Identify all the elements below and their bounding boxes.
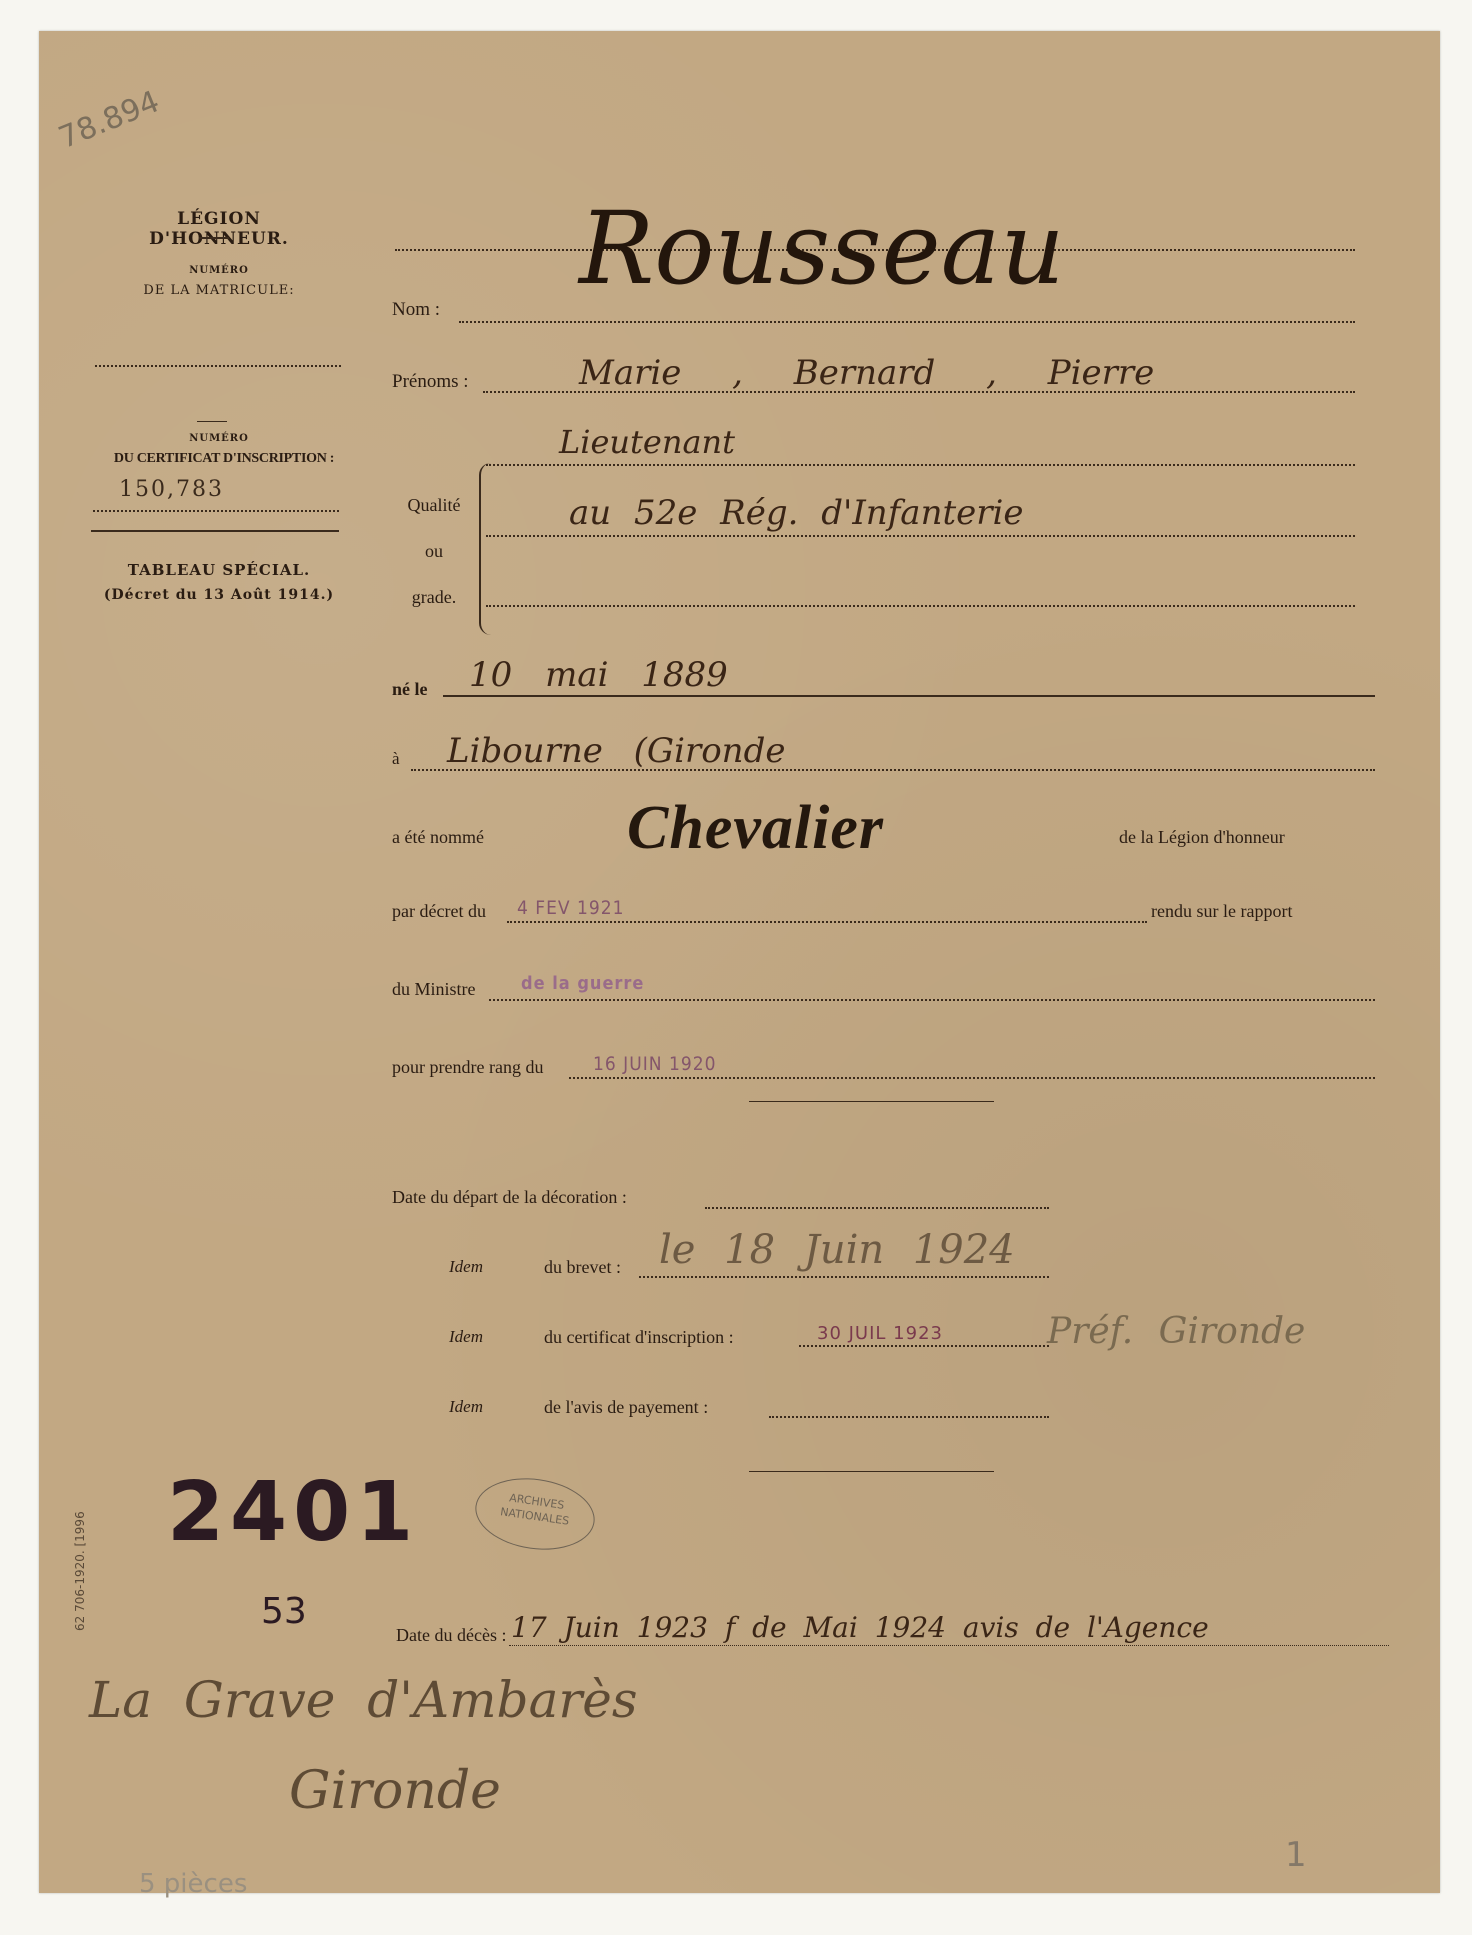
nom-label: Nom : xyxy=(392,299,440,321)
prenoms-label: Prénoms : xyxy=(392,371,469,393)
sub-number: 53 xyxy=(261,1591,307,1632)
nomme-label: a été nommé xyxy=(392,827,484,848)
tableau-decree: (Décret du 13 Août 1914.) xyxy=(89,587,349,603)
rang-stamp: 16 JUIN 1920 xyxy=(593,1053,716,1075)
brevet-label: du brevet : xyxy=(544,1257,621,1278)
qualite-value-2: au 52e Rég. d'Infanterie xyxy=(569,493,1024,533)
certificat-inscription-field xyxy=(799,1345,1049,1347)
nom-value: Rousseau xyxy=(579,199,1065,299)
a-field xyxy=(411,769,1375,771)
a-label: à xyxy=(392,749,400,769)
ne-le-field xyxy=(443,695,1375,697)
payement-field xyxy=(769,1416,1049,1418)
a-value: Libourne (Gironde xyxy=(447,731,785,771)
ministre-stamp: de la guerre xyxy=(521,973,644,994)
idem-1: Idem xyxy=(449,1257,483,1277)
decret-stamp: 4 FEV 1921 xyxy=(517,897,625,919)
printer-mark: 62 706-1920. [1996 xyxy=(73,1511,87,1631)
certificate-page: 78.894 LÉGION D'HONNEUR. NUMÉRO DE LA MA… xyxy=(39,31,1440,1893)
matricule-field xyxy=(95,365,341,367)
page-number: 1 xyxy=(1285,1835,1307,1875)
decret-field xyxy=(507,921,1147,923)
qualite-value-1: Lieutenant xyxy=(559,423,735,461)
certificat-stamp: 30 JUIL 1923 xyxy=(817,1323,943,1344)
ministre-label: du Ministre xyxy=(392,979,476,1000)
depart-label: Date du départ de la décoration : xyxy=(392,1187,627,1208)
deces-label: Date du décès : xyxy=(396,1625,506,1646)
section-divider-2 xyxy=(749,1471,994,1472)
rang-field xyxy=(569,1077,1375,1079)
certificat-field xyxy=(93,510,339,512)
rank-title: Chevalier xyxy=(627,793,884,864)
decret-label: par décret du xyxy=(392,901,486,922)
prenoms-value: Marie , Bernard , Pierre xyxy=(579,353,1154,393)
address-line-1: La Grave d'Ambarès xyxy=(89,1671,638,1729)
qualite-bracket xyxy=(479,463,495,635)
certificat-inscription-label: du certificat d'inscription : xyxy=(544,1327,734,1348)
archives-stamp: ARCHIVES NATIONALES xyxy=(471,1471,600,1557)
pieces-note: 5 pièces xyxy=(139,1869,247,1899)
payement-label: de l'avis de payement : xyxy=(544,1397,708,1418)
ornamental-divider xyxy=(91,530,339,532)
depart-field xyxy=(705,1207,1049,1209)
certificat-label-1: NUMÉRO xyxy=(119,433,319,444)
qualite-label-1: Qualité xyxy=(394,495,474,516)
archive-number: 78.894 xyxy=(54,84,164,156)
nom-field xyxy=(459,321,1355,323)
brevet-field xyxy=(639,1276,1049,1278)
qualite-label-3: grade. xyxy=(394,587,474,608)
qualite-field-1 xyxy=(486,464,1355,466)
legion-heading: LÉGION D'HONNEUR. xyxy=(119,209,319,249)
prenoms-field xyxy=(483,391,1355,393)
certificat-note: Préf. Gironde xyxy=(1047,1311,1305,1352)
qualite-field-2 xyxy=(486,535,1355,537)
matricule-divider xyxy=(197,421,227,422)
idem-3: Idem xyxy=(449,1397,483,1417)
deces-field xyxy=(509,1645,1389,1646)
matricule-label-2: DE LA MATRICULE: xyxy=(99,283,339,298)
address-line-2: Gironde xyxy=(289,1761,501,1821)
ministre-field xyxy=(489,999,1375,1001)
ne-le-label: né le xyxy=(392,679,428,700)
brevet-value: le 18 Juin 1924 xyxy=(659,1227,1015,1273)
tableau-title: TABLEAU SPÉCIAL. xyxy=(99,561,339,579)
big-number: 2401 xyxy=(167,1465,419,1560)
certificat-label-2: DU CERTIFICAT D'INSCRIPTION : xyxy=(79,451,369,467)
section-divider-1 xyxy=(749,1101,994,1102)
qualite-label-2: ou xyxy=(394,541,474,562)
qualite-field-3 xyxy=(486,605,1355,607)
deces-value: 17 Juin 1923 f de Mai 1924 avis de l'Age… xyxy=(511,1611,1209,1644)
certificat-number: 150,783 xyxy=(119,477,224,502)
heading-divider xyxy=(199,237,229,239)
idem-2: Idem xyxy=(449,1327,483,1347)
rapport-label: rendu sur le rapport xyxy=(1151,901,1292,922)
rang-label: pour prendre rang du xyxy=(392,1057,543,1078)
matricule-label-1: NUMÉRO xyxy=(119,265,319,276)
legion-label: de la Légion d'honneur xyxy=(1119,827,1285,848)
ne-le-value: 10 mai 1889 xyxy=(469,655,728,695)
